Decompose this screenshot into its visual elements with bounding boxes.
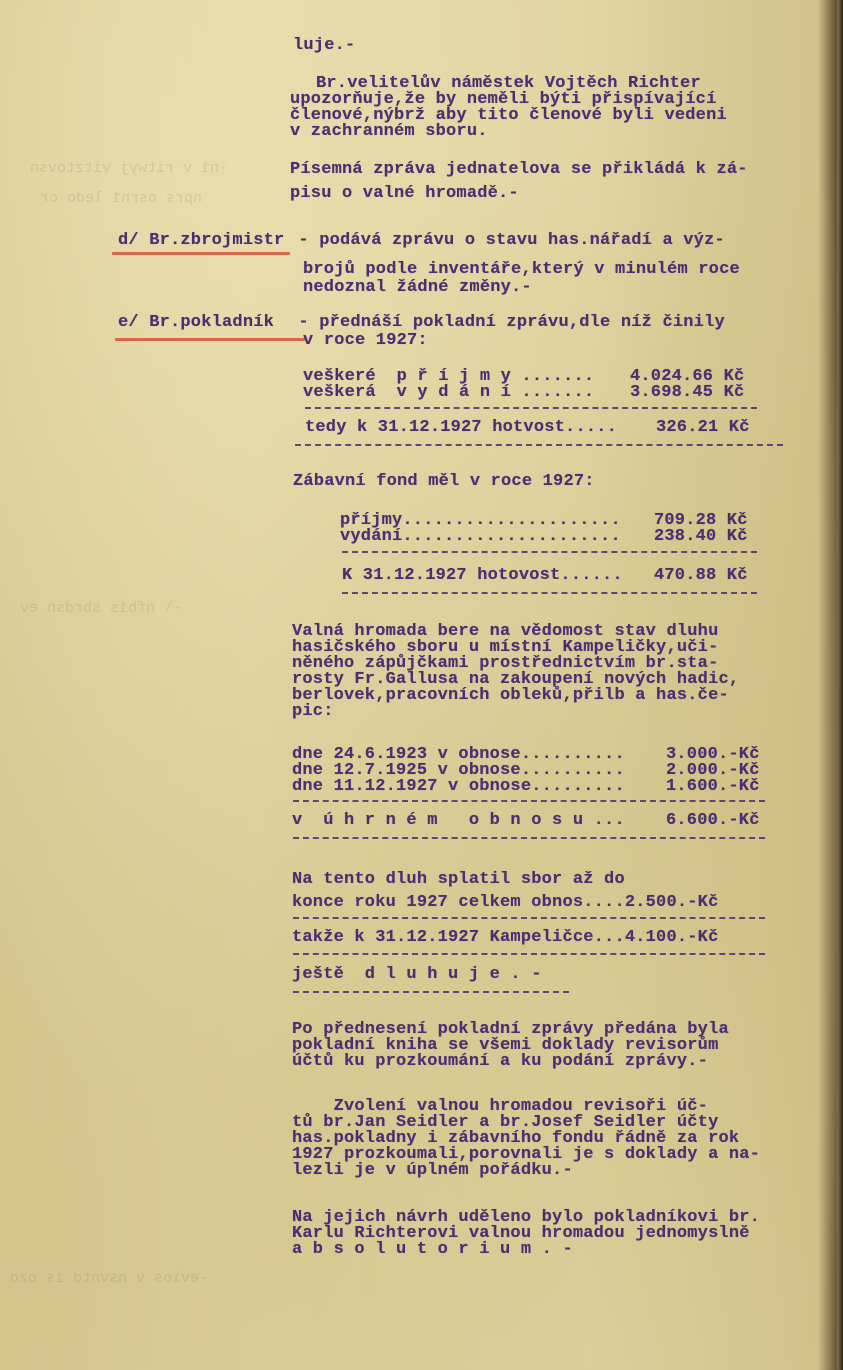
audit-line-2: tů br.Jan Seidler a br.Josef Seidler účt… — [292, 1115, 718, 1130]
discharge-line-2: Karlu Richterovi valnou hromadou jednomy… — [292, 1226, 750, 1241]
cash-income-amount: 4.024.66 Kč — [630, 369, 744, 384]
fund-expense-label: vydání..................... — [340, 529, 621, 544]
richter-line-3: členové,nýbrž aby tito členové byli vede… — [290, 108, 727, 123]
handover-line-3: účtů ku prozkoumání a ku podání zprávy.- — [292, 1054, 708, 1069]
dashed-rule — [305, 407, 757, 409]
debt-line-5: berlovek,pracovních obleků,přilb a has.č… — [292, 688, 729, 703]
debt-line-6: pic: — [292, 704, 334, 719]
fund-heading: Zábavní fond měl v roce 1927: — [293, 474, 595, 489]
audit-line-4: 1927 prozkoumali,porovnali je s doklady … — [292, 1147, 760, 1162]
debt-line-3: něného zápůjčkami prostřednictvím br.sta… — [292, 656, 718, 671]
cash-expense-amount: 3.698.45 Kč — [630, 385, 744, 400]
audit-line-3: has.pokladny i zábavního fondu řádně za … — [292, 1131, 739, 1146]
loan-2-amount: 2.000.-Kč — [666, 763, 760, 778]
zprava-line-2: pisu o valné hromadě.- — [290, 186, 519, 201]
audit-line-5: lezli je v úplném pořádku.- — [292, 1163, 573, 1178]
item-d-line-3: nedoznal žádné změny.- — [303, 280, 532, 295]
cash-expense-label: veškerá v y d á n í ....... — [303, 385, 594, 400]
repayment-line-1: Na tento dluh splatil sbor až do — [292, 872, 625, 887]
top-fragment: luje.- — [293, 38, 355, 53]
item-d-line-2: brojů podle inventáře,který v minulém ro… — [303, 262, 740, 277]
fund-expense-amount: 238.40 Kč — [654, 529, 748, 544]
item-d-line-1: - podává zprávu o stavu has.nářadí a výz… — [288, 233, 725, 248]
dashed-rule — [342, 592, 757, 594]
audit-line-1: Zvolení valnou hromadou revisoři úč- — [292, 1099, 708, 1114]
richter-line-2: upozorňuje,že by neměli býti přispívajíc… — [290, 92, 716, 107]
bleed-through-text: nprs osrn1 ledo cr — [40, 190, 202, 207]
richter-line-4: v zachranném sboru. — [290, 124, 488, 139]
cash-total-amount: 326.21 Kč — [656, 420, 750, 435]
loan-2-label: dne 12.7.1925 v obnose.......... — [292, 763, 625, 778]
dashed-rule — [293, 953, 765, 955]
item-d-label: d/ Br.zbrojmistr — [118, 233, 284, 248]
typed-document-page: -n1 v ritwyj vitztovsn nprs osrn1 ledo c… — [0, 0, 843, 1370]
discharge-line-3: a b s o l u t o r i u m . - — [292, 1242, 573, 1257]
loans-total-amount: 6.600.-Kč — [666, 813, 760, 828]
fund-income-amount: 709.28 Kč — [654, 513, 748, 528]
dashed-rule — [295, 444, 783, 446]
dashed-rule — [293, 800, 765, 802]
dashed-rule — [293, 991, 569, 993]
loan-3-amount: 1.600.-Kč — [666, 779, 760, 794]
repayment-line-2: konce roku 1927 celkem obnos....2.500.-K… — [292, 895, 718, 910]
item-e-label: e/ Br.pokladník — [118, 315, 274, 330]
debt-line-2: hasičského sboru u místní Kampeličky,uči… — [292, 640, 718, 655]
cash-income-label: veškeré p ř í j m y ....... — [303, 369, 594, 384]
cash-total-label: tedy k 31.12.1927 hotvost..... — [305, 420, 617, 435]
handover-line-2: pokladní kniha se všemi doklady revisorů… — [292, 1038, 718, 1053]
dashed-rule — [293, 917, 765, 919]
bleed-through-text: -\ nfb1s sbrdsn ev — [20, 600, 182, 617]
loan-1-label: dne 24.6.1923 v obnose.......... — [292, 747, 625, 762]
fund-income-label: příjmy..................... — [340, 513, 621, 528]
item-e-line-1: - přednáší pokladní zprávu,dle níž činil… — [288, 315, 725, 330]
debt-line-1: Valná hromada bere na vědomost stav dluh… — [292, 624, 718, 639]
handover-line-1: Po přednesení pokladní zprávy předána by… — [292, 1022, 729, 1037]
discharge-line-1: Na jejich návrh uděleno bylo pokladníkov… — [292, 1210, 760, 1225]
dashed-rule — [293, 837, 765, 839]
red-underline — [112, 252, 290, 255]
dashed-rule — [342, 551, 757, 553]
remaining-debt: takže k 31.12.1927 Kampeličce...4.100.-K… — [292, 930, 718, 945]
debt-line-4: rosty Fr.Gallusa na zakoupení nových had… — [292, 672, 739, 687]
fund-total-amount: 470.88 Kč — [654, 568, 748, 583]
bleed-through-text: -n1 v ritwyj vitztovsn — [30, 160, 228, 177]
fund-total-label: K 31.12.1927 hotovost...... — [342, 568, 623, 583]
still-owes: ještě d l u h u j e . - — [292, 967, 542, 982]
item-e-line-2: v roce 1927: — [303, 333, 428, 348]
page-edge-shadow — [837, 0, 843, 1370]
loans-total-label: v ú h r n é m o b n o s u ... — [292, 813, 625, 828]
loan-3-label: dne 11.12.1927 v obnose......... — [292, 779, 625, 794]
bleed-through-text: -evios v nsvntd is ozo — [10, 1270, 208, 1287]
red-underline — [115, 338, 305, 341]
loan-1-amount: 3.000.-Kč — [666, 747, 760, 762]
zprava-line-1: Písemná zpráva jednatelova se přikládá k… — [290, 162, 748, 177]
richter-line-1: Br.velitelův náměstek Vojtěch Richter — [316, 76, 701, 91]
